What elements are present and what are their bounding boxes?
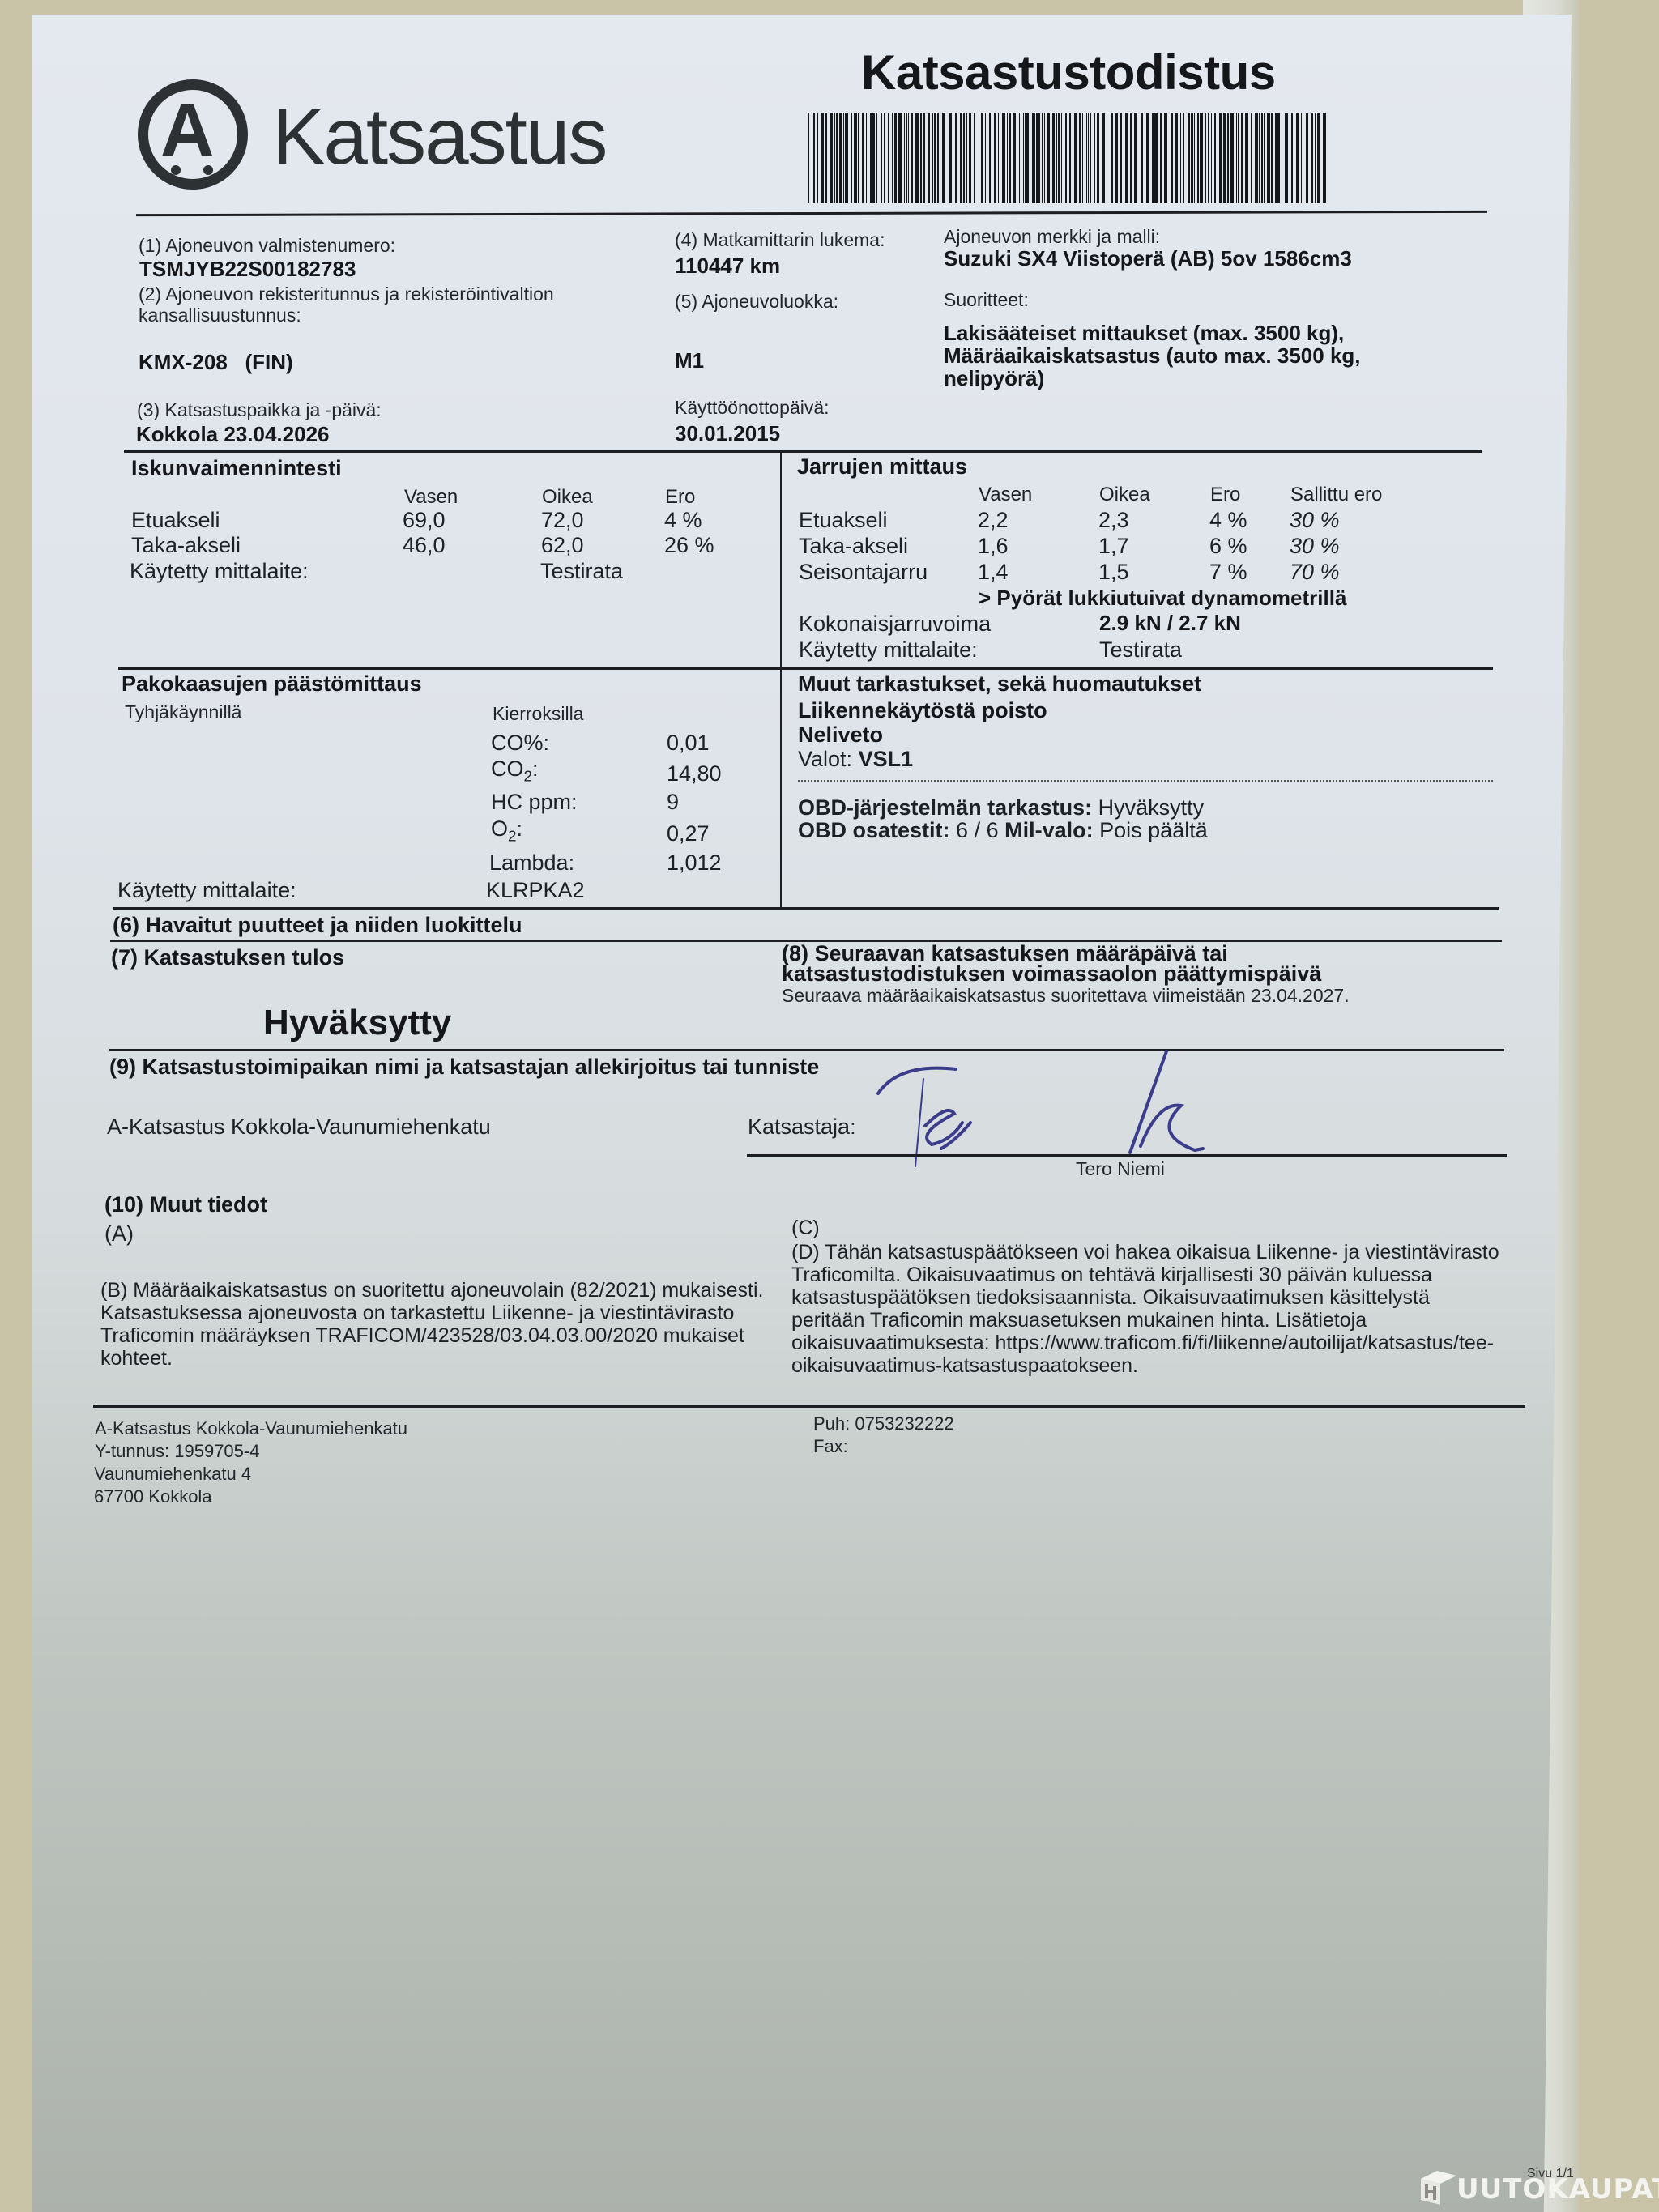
brake-col-diff: Ero bbox=[1210, 484, 1240, 506]
vehicle-class-label: (5) Ajoneuvoluokka: bbox=[675, 291, 838, 313]
vin-value: TSMJYB22S00182783 bbox=[139, 257, 356, 282]
brake-row-name: Etuakseli bbox=[799, 508, 888, 533]
brake-row-right: 2,3 bbox=[1098, 508, 1129, 533]
services-value-3: nelipyörä) bbox=[944, 366, 1044, 391]
brake-row-diff: 6 % bbox=[1209, 534, 1247, 559]
watermark-text: UUTOKAUPAT.COM bbox=[1456, 2173, 1659, 2206]
services-value-2: Määräaikaiskatsastus (auto max. 3500 kg, bbox=[944, 343, 1361, 369]
dotted-divider bbox=[798, 780, 1493, 782]
other-info-b: (B) Määräaikaiskatsastus on suoritettu a… bbox=[100, 1279, 765, 1370]
brake-row-allowed: 30 % bbox=[1290, 508, 1340, 533]
divider bbox=[93, 1405, 1525, 1408]
brake-row-name: Taka-akseli bbox=[799, 534, 908, 559]
divider bbox=[118, 667, 1493, 670]
shock-col-left: Vasen bbox=[404, 486, 458, 509]
o2-label-text: O bbox=[491, 816, 508, 841]
brake-row-allowed: 70 % bbox=[1290, 560, 1340, 585]
next-inspection-title-2: katsastustodistuksen voimassaolon päätty… bbox=[782, 961, 1321, 987]
obd-sub-row: OBD osatestit: 6 / 6 Mil-valo: Pois pääl… bbox=[798, 818, 1208, 843]
brake-test-title: Jarrujen mittaus bbox=[797, 454, 967, 479]
barcode-icon bbox=[806, 113, 1333, 203]
emissions-title: Pakokaasujen päästömittaus bbox=[122, 671, 422, 697]
registration-value: KMX-208 (FIN) bbox=[139, 350, 293, 375]
huutokaupat-logo-icon bbox=[1419, 2167, 1458, 2206]
obd-value: Hyväksytty bbox=[1098, 795, 1205, 820]
shock-row-left: 46,0 bbox=[403, 533, 446, 558]
co2-subscript: 2 bbox=[524, 769, 533, 786]
column-divider bbox=[780, 450, 782, 907]
shock-row-diff: 4 % bbox=[664, 508, 702, 533]
lambda-value: 1,012 bbox=[667, 850, 722, 876]
footer-business-id: Y-tunnus: 1959705-4 bbox=[95, 1440, 259, 1463]
next-inspection-text: Seuraava määräaikaiskatsastus suoritetta… bbox=[782, 985, 1350, 1007]
brake-row-diff: 4 % bbox=[1209, 508, 1247, 533]
shock-row-left: 69,0 bbox=[403, 508, 446, 533]
co-label: CO%: bbox=[491, 731, 549, 756]
brake-row-right: 1,7 bbox=[1098, 534, 1129, 559]
services-label: Suoritteet: bbox=[944, 289, 1029, 311]
result-value: Hyväksytty bbox=[263, 1003, 451, 1043]
defects-title: (6) Havaitut puutteet ja niiden luokitte… bbox=[113, 913, 522, 938]
brake-col-allowed: Sallittu ero bbox=[1290, 484, 1382, 506]
place-date-value: Kokkola 23.04.2026 bbox=[136, 422, 330, 447]
other-info-title: (10) Muut tiedot bbox=[104, 1192, 267, 1217]
brake-total-label: Kokonaisjarruvoima bbox=[799, 612, 991, 637]
inspector-label: Katsastaja: bbox=[748, 1115, 856, 1140]
co2-label-text: CO bbox=[491, 757, 524, 781]
idle-label: Tyhjäkäynnillä bbox=[125, 701, 241, 723]
shock-row-right: 62,0 bbox=[541, 533, 584, 558]
make-label: Ajoneuvon merkki ja malli: bbox=[944, 226, 1160, 248]
brake-row-left: 1,4 bbox=[978, 560, 1009, 585]
co-value: 0,01 bbox=[667, 731, 710, 756]
divider bbox=[113, 907, 1499, 910]
result-title: (7) Katsastuksen tulos bbox=[111, 945, 344, 970]
signature-title: (9) Katsastustoimipaikan nimi ja katsast… bbox=[109, 1055, 819, 1080]
shock-col-diff: Ero bbox=[665, 486, 695, 509]
footer-fax: Fax: bbox=[813, 1435, 848, 1458]
brake-col-right: Oikea bbox=[1099, 484, 1150, 506]
shock-test-title: Iskunvaimennintesti bbox=[131, 456, 342, 481]
brake-device-value: Testirata bbox=[1099, 637, 1182, 663]
o2-value: 0,27 bbox=[667, 821, 710, 846]
brake-col-left: Vasen bbox=[979, 484, 1032, 506]
brake-total-value: 2.9 kN / 2.7 kN bbox=[1099, 611, 1241, 636]
rpm-label: Kierroksilla bbox=[493, 703, 583, 725]
station-name: A-Katsastus Kokkola-Vaunumiehenkatu bbox=[107, 1115, 491, 1140]
document-title: Katsastustodistus bbox=[861, 45, 1276, 100]
obd-sub-label: OBD osatestit: bbox=[798, 818, 950, 842]
emissions-device-label: Käytetty mittalaite: bbox=[117, 878, 296, 903]
brake-row-right: 1,5 bbox=[1098, 560, 1129, 585]
brake-row-allowed: 30 % bbox=[1290, 534, 1340, 559]
footer-postal: 67700 Kokkola bbox=[94, 1485, 212, 1508]
brake-device-label: Käytetty mittalaite: bbox=[799, 637, 978, 663]
make-value: Suzuki SX4 Viistoperä (AB) 5ov 1586cm3 bbox=[944, 246, 1352, 271]
co2-label: CO2: bbox=[491, 757, 539, 786]
other-checks-line1: Liikennekäytöstä poisto bbox=[798, 698, 1047, 723]
place-label: (3) Katsastuspaikka ja -päivä: bbox=[137, 399, 382, 421]
vin-label: (1) Ajoneuvon valmistenumero: bbox=[139, 235, 395, 257]
shock-row-name: Taka-akseli bbox=[131, 533, 241, 558]
shock-device-value: Testirata bbox=[540, 559, 623, 584]
shock-row-diff: 26 % bbox=[664, 533, 714, 558]
lights-value: VSL1 bbox=[859, 747, 914, 771]
hc-value: 9 bbox=[667, 790, 679, 815]
obd-row: OBD-järjestelmän tarkastus: Hyväksytty bbox=[798, 795, 1204, 820]
o2-label: O2: bbox=[491, 816, 522, 846]
mil-value: Pois päältä bbox=[1099, 818, 1208, 842]
services-value-1: Lakisääteiset mittaukset (max. 3500 kg), bbox=[944, 321, 1344, 346]
signature-line bbox=[747, 1154, 1507, 1157]
brand-name: Katsastus bbox=[272, 91, 606, 182]
brake-row-diff: 7 % bbox=[1209, 560, 1247, 585]
other-info-a: (A) bbox=[104, 1221, 134, 1247]
odometer-label: (4) Matkamittarin lukema: bbox=[675, 229, 885, 251]
divider bbox=[124, 450, 1482, 453]
hc-label: HC ppm: bbox=[491, 790, 578, 815]
brake-note: > Pyörät lukkiutuivat dynamometrillä bbox=[979, 586, 1346, 611]
logo-wheels bbox=[171, 164, 236, 179]
reg-label-2: kansallisuustunnus: bbox=[139, 305, 301, 326]
shock-col-right: Oikea bbox=[542, 486, 593, 509]
brake-row-name: Seisontajarru bbox=[799, 560, 928, 585]
shock-row-right: 72,0 bbox=[541, 508, 584, 533]
lights-label: Valot: bbox=[798, 747, 852, 771]
reg-label: (2) Ajoneuvon rekisteritunnus ja rekiste… bbox=[139, 283, 554, 305]
brake-row-left: 2,2 bbox=[978, 508, 1009, 533]
footer-company: A-Katsastus Kokkola-Vaunumiehenkatu bbox=[95, 1417, 407, 1440]
emissions-device-value: KLRPKA2 bbox=[486, 878, 585, 903]
obd-label: OBD-järjestelmän tarkastus: bbox=[798, 795, 1092, 820]
vehicle-class-value: M1 bbox=[675, 348, 704, 373]
co2-value: 14,80 bbox=[667, 761, 722, 786]
other-checks-title: Muut tarkastukset, sekä huomautukset bbox=[798, 671, 1201, 697]
inspector-name: Tero Niemi bbox=[1076, 1158, 1165, 1180]
odometer-value: 110447 km bbox=[675, 254, 780, 279]
first-use-label: Käyttöönottopäivä: bbox=[675, 397, 829, 419]
brake-row-left: 1,6 bbox=[978, 534, 1009, 559]
o2-subscript: 2 bbox=[508, 829, 517, 846]
footer-street: Vaunumiehenkatu 4 bbox=[94, 1463, 251, 1485]
other-checks-line2: Neliveto bbox=[798, 722, 883, 748]
obd-sub-value: 6 / 6 bbox=[956, 818, 999, 842]
mil-label: Mil-valo: bbox=[1004, 818, 1094, 842]
shock-row-name: Etuakseli bbox=[131, 508, 220, 533]
lights-row: Valot: VSL1 bbox=[798, 747, 913, 772]
first-use-value: 30.01.2015 bbox=[675, 421, 780, 446]
other-info-c: (C) bbox=[791, 1217, 820, 1240]
lambda-label: Lambda: bbox=[489, 850, 574, 876]
logo-letter-a: A bbox=[160, 93, 214, 168]
other-info-d: (D) Tähän katsastuspäätökseen voi hakea … bbox=[791, 1241, 1508, 1377]
footer-phone: Puh: 0753232222 bbox=[813, 1413, 954, 1435]
shock-device-label: Käytetty mittalaite: bbox=[130, 559, 309, 584]
